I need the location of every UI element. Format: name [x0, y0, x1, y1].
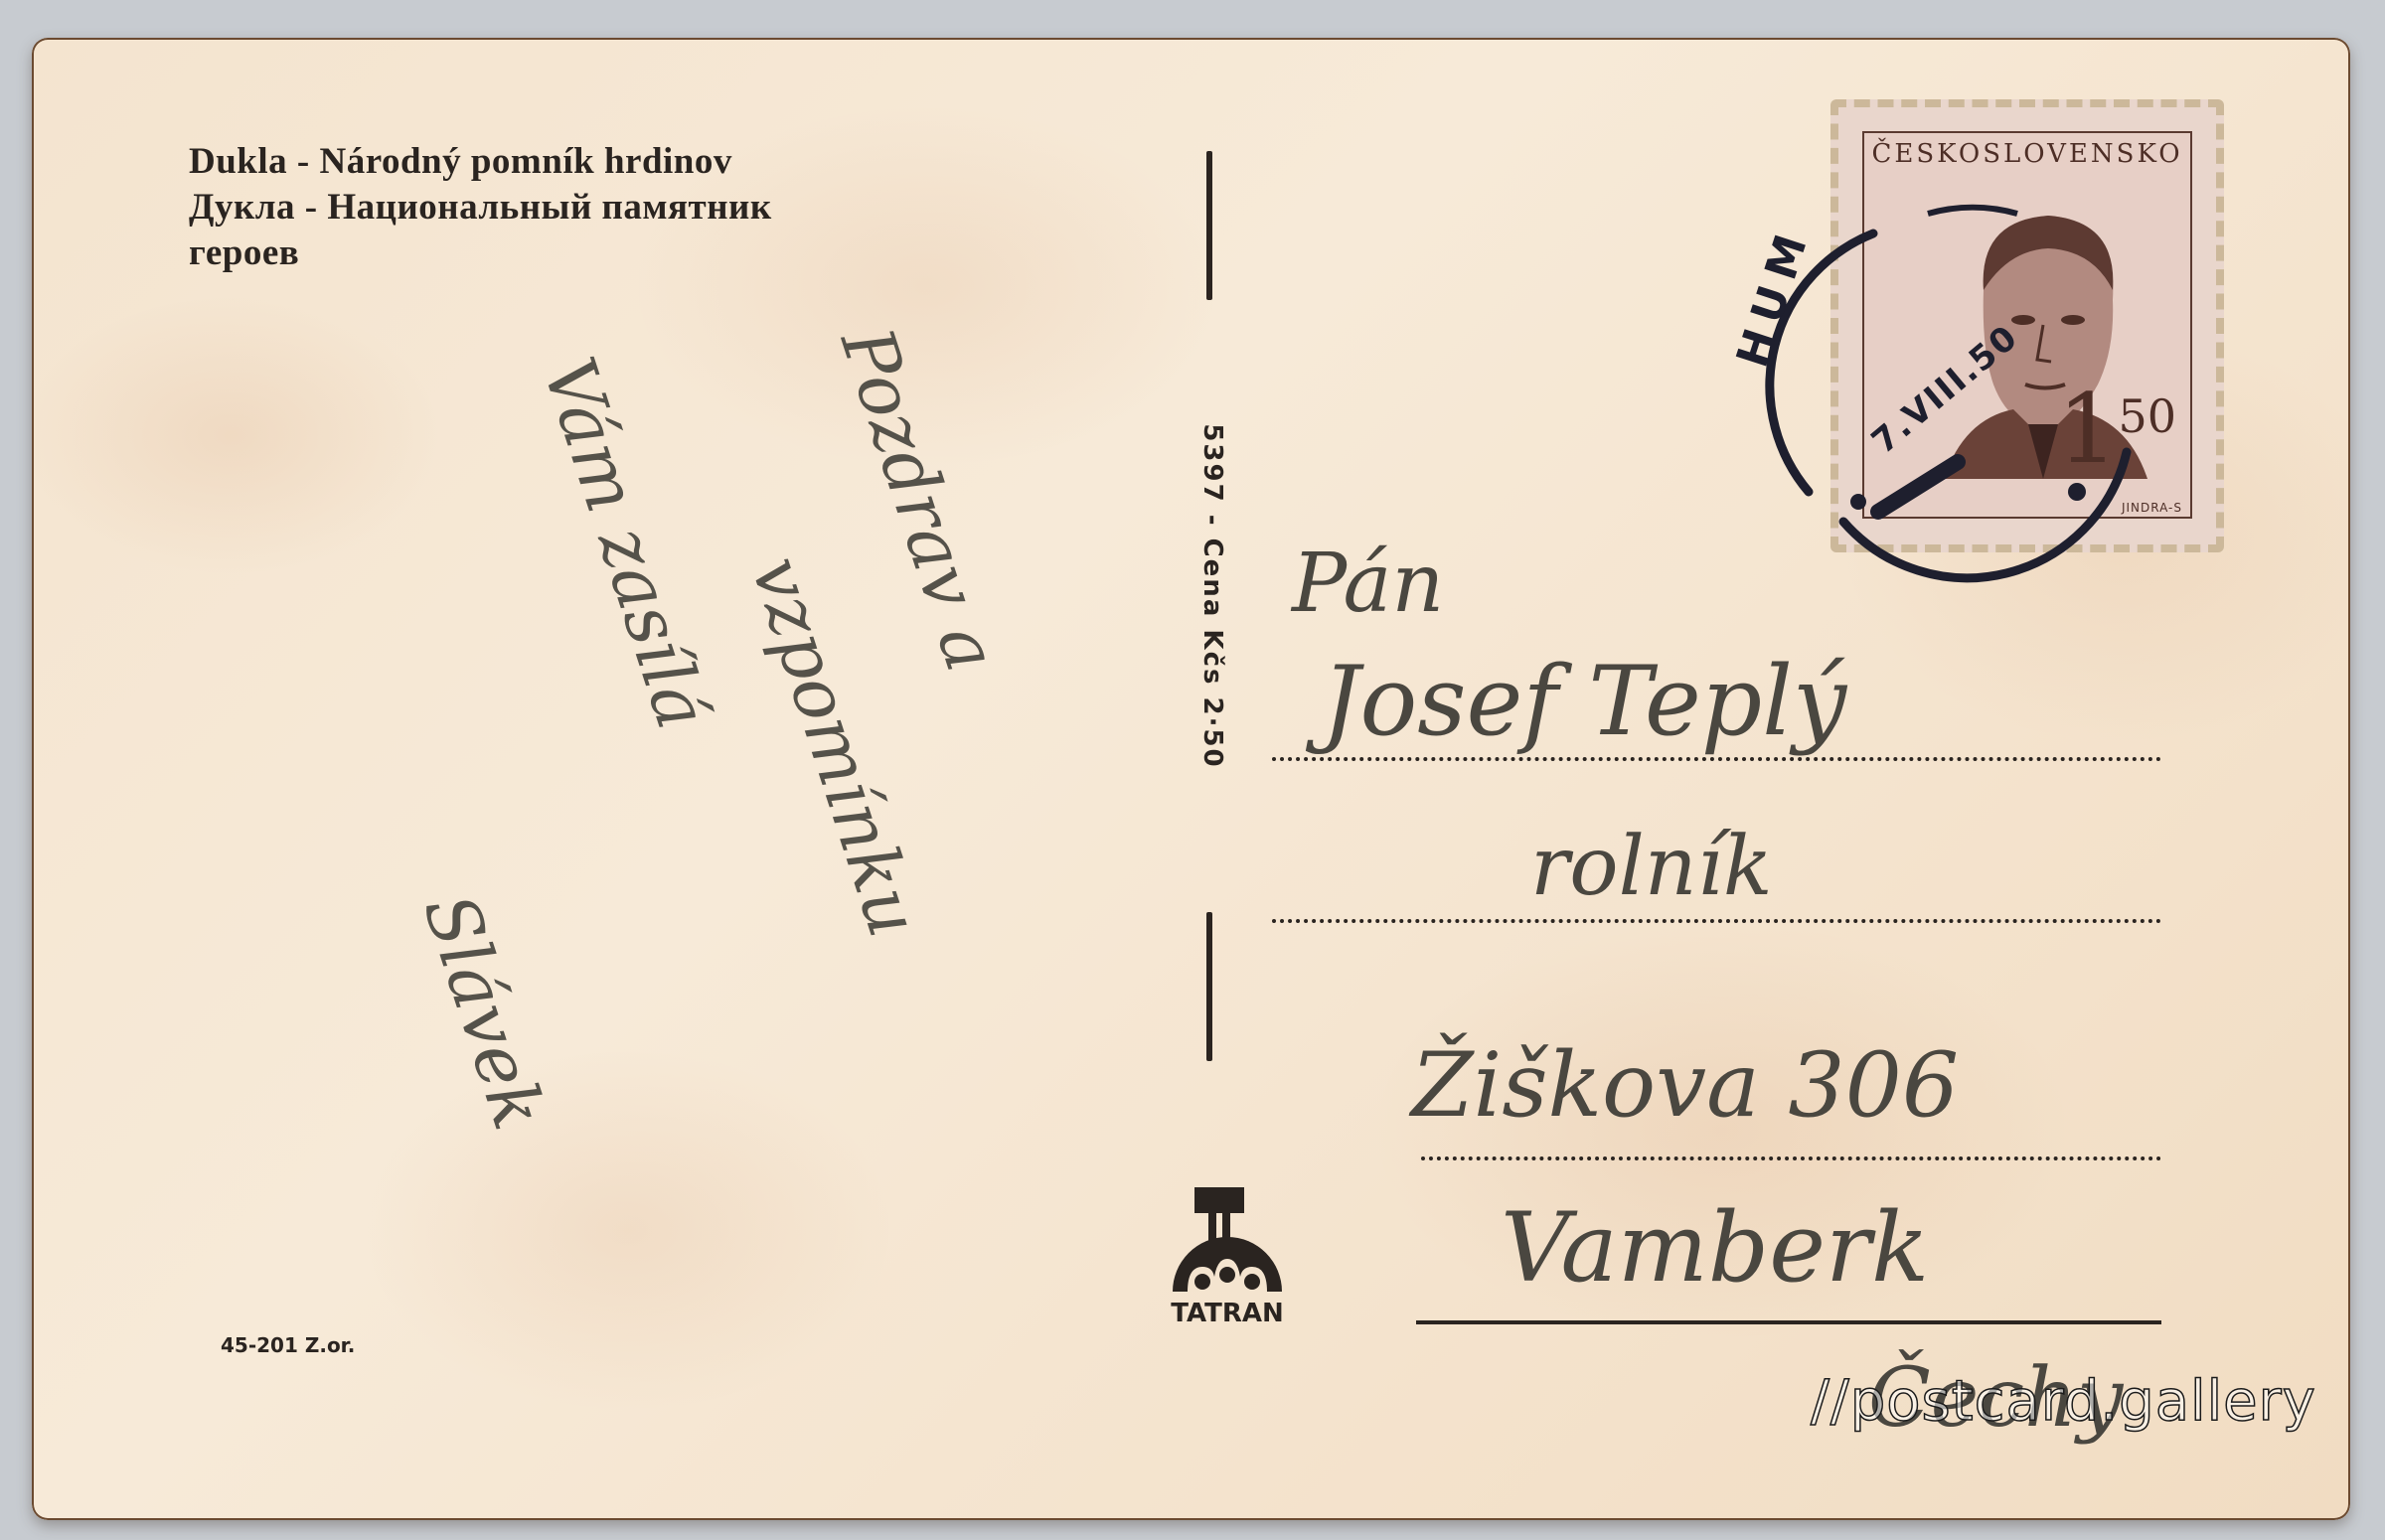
- stamp-country: ČESKOSLOVENSKO: [1864, 139, 2190, 169]
- stamp-value: 150: [2057, 382, 2176, 477]
- caption-russian: Дукла - Национальный памятник: [189, 185, 772, 231]
- print-info: 5397 - Cena Kčs 2·50: [1192, 358, 1232, 835]
- postage-stamp: ČESKOSLOVENSKO 150 JINDRA-S: [1830, 99, 2224, 552]
- stamp-engraver: JINDRA-S: [2122, 501, 2182, 515]
- watermark: //postcard.gallery: [1811, 1369, 2316, 1434]
- catalog-code: 45-201 Z.or.: [221, 1333, 355, 1357]
- address-town: Vamberk: [1501, 1192, 1929, 1304]
- print-info-text: 5397 - Cena Kčs 2·50: [1197, 423, 1227, 768]
- address-salutation: Pán: [1292, 537, 1444, 631]
- address-street: Žiškova 306: [1411, 1033, 1959, 1138]
- address-line-3: [1421, 1156, 2161, 1164]
- address-name: Josef Teplý: [1322, 646, 1846, 757]
- address-occupation: rolník: [1530, 820, 1773, 914]
- address-line-4: [1416, 1320, 2161, 1328]
- message-line-2: vzpomínku: [735, 546, 936, 946]
- center-divider-top: [1206, 151, 1212, 300]
- tatran-logo-icon: TATRAN: [1143, 1167, 1312, 1326]
- address-line-2: [1272, 919, 2161, 927]
- printed-caption: Dukla - Národný pomník hrdinov Дукла - Н…: [189, 139, 772, 276]
- message-line-1: Pozdrav a: [825, 318, 1014, 681]
- message-line-4: Slávek: [407, 884, 561, 1139]
- svg-text:TATRAN: TATRAN: [1171, 1299, 1283, 1326]
- center-divider-bottom: [1206, 912, 1212, 1061]
- caption-slovak: Dukla - Národný pomník hrdinov: [189, 139, 772, 185]
- handwritten-message: Pozdrav a vzpomínku Vám zasílá Slávek: [378, 268, 1093, 1500]
- address-line-1: [1272, 757, 2161, 765]
- message-line-3: Vám zasílá: [527, 348, 724, 738]
- stamp-frame: ČESKOSLOVENSKO 150 JINDRA-S: [1862, 131, 2192, 519]
